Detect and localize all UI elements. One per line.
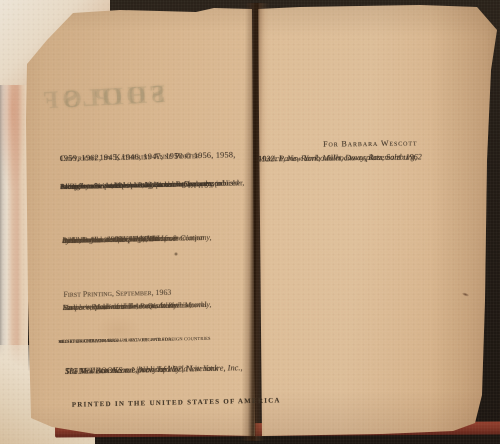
dedication: For Barbara Wescott bbox=[268, 138, 473, 150]
book-photo: SHIP OF FOOLS Copyright 1945, 1946, 1947… bbox=[0, 0, 500, 444]
right-page-content: For Barbara Wescott 1932: Paris, Ramboui… bbox=[0, 0, 500, 444]
dedication-dates-line: Munich, New York, Mulhocaway, Rosemont :… bbox=[258, 151, 422, 165]
dedication-dates: 1932: Paris, Rambouillet, Davosplatz, Sa… bbox=[258, 151, 483, 154]
